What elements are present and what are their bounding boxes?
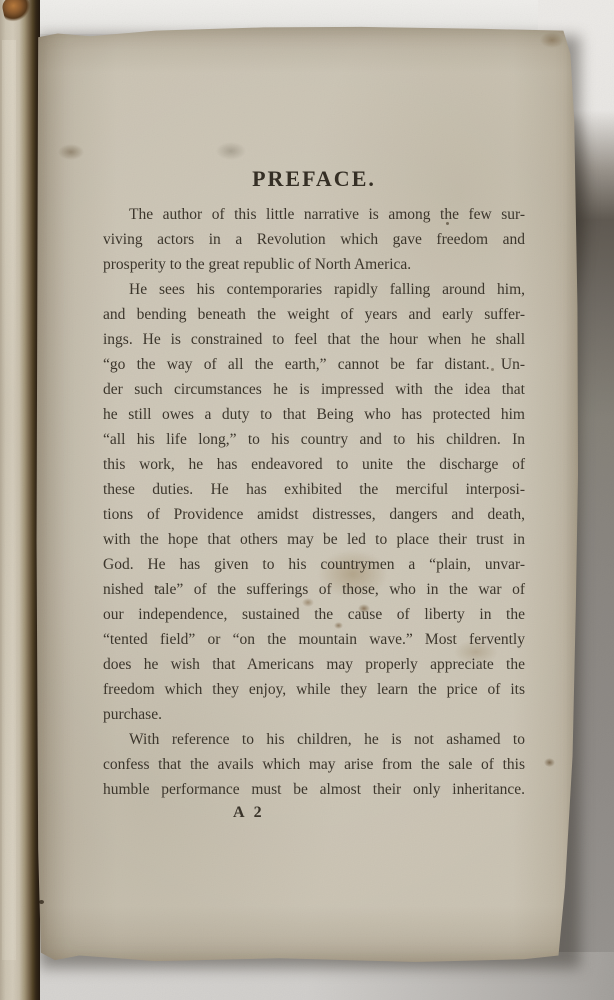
text-line: The author of this little narrative is a…: [103, 202, 525, 227]
text-line: he still owes a duty to that Being who h…: [103, 402, 525, 427]
text-line: and bending beneath the weight of years …: [103, 302, 525, 327]
text-line: With reference to his children, he is no…: [103, 727, 525, 752]
speck: [39, 900, 44, 904]
text-line: nished tale” of the sufferings of those,…: [103, 577, 525, 602]
page-title: PREFACE.: [103, 166, 525, 192]
text-line: prosperity to the great republic of Nort…: [103, 252, 525, 277]
text-line: with the hope that others may be led to …: [103, 527, 525, 552]
text-line: does he wish that Americans may properly…: [103, 652, 525, 677]
text-line: tions of Providence amidst distresses, d…: [103, 502, 525, 527]
text-line: “tented field” or “on the mountain wave.…: [103, 627, 525, 652]
text-line: God. He has given to his countrymen a “p…: [103, 552, 525, 577]
stain: [544, 758, 555, 767]
text-line: He sees his contemporaries rapidly falli…: [103, 277, 525, 302]
text-line: purchase.: [103, 702, 525, 727]
body-text: The author of this little narrative is a…: [103, 202, 525, 802]
text-line: viving actors in a Revolution which gave…: [103, 227, 525, 252]
stain: [58, 144, 84, 160]
book-page: PREFACE. The author of this little narra…: [36, 26, 578, 962]
text-line: freedom which they enjoy, while they lea…: [103, 677, 525, 702]
text-line: confess that the avails which may arise …: [103, 752, 525, 777]
text-line: our independence, sustained the cause of…: [103, 602, 525, 627]
gutter-highlight: [2, 40, 16, 960]
text-line: ings. He is constrained to feel that the…: [103, 327, 525, 352]
text-line: humble performance must be almost their …: [103, 777, 525, 802]
signature-mark: A 2: [103, 804, 525, 822]
text-line: this work, he has endeavored to unite th…: [103, 452, 525, 477]
text-line: these duties. He has exhibited the merci…: [103, 477, 525, 502]
book-photo: PREFACE. The author of this little narra…: [0, 0, 614, 1000]
text-line: “all his life long,” to his country and …: [103, 427, 525, 452]
text-block: PREFACE. The author of this little narra…: [103, 26, 525, 962]
text-line: “go the way of all the earth,” cannot be…: [103, 352, 525, 377]
text-line: der such circumstances he is impressed w…: [103, 377, 525, 402]
stain: [540, 32, 564, 48]
